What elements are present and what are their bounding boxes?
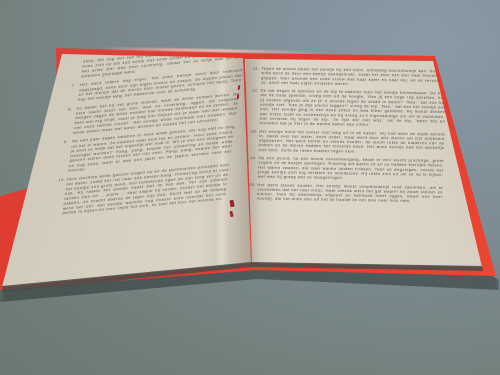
paragraph-number: 15. xyxy=(249,182,256,187)
paragraph-text: Het werd steeds kouder. Het eendje moest… xyxy=(257,182,443,204)
paragraph-number: 9. xyxy=(63,139,68,144)
paragraph-text: Het eendje hield het echter niet lang ui… xyxy=(259,129,445,155)
paragraph-text: Tegen de avond kwam het eendje bij een k… xyxy=(261,66,447,88)
story-paragraph-13: 13. Het eendje hield het echter niet lan… xyxy=(250,129,445,155)
story-paragraph-14: 14. Op een avond, na een mooie zonsonder… xyxy=(249,155,444,181)
paragraph-number: 12. xyxy=(252,88,259,93)
paragraph-number: 13. xyxy=(251,129,258,134)
paragraph-number: 10. xyxy=(58,177,66,182)
story-paragraph-11: 11. Tegen de avond kwam het eendje bij e… xyxy=(252,66,447,88)
paragraph-text: De kat begon te spinnen en de kip te kak… xyxy=(260,88,447,128)
paragraph-number: 14. xyxy=(250,155,257,160)
paragraph-number: 11. xyxy=(253,66,260,71)
left-page-text-block: eens, die nog wel van mij zijn', snauwde… xyxy=(47,44,246,263)
story-paragraph-15: 15. Het werd steeds kouder. Het eendje m… xyxy=(249,182,444,204)
story-paragraph-12: 12. De kat begon te spinnen en de kip te… xyxy=(251,88,446,128)
photo-of-open-booklet: eens, die nog wel van mij zijn', snauwde… xyxy=(0,0,500,375)
paragraph-number: 7. xyxy=(71,83,76,88)
paragraph-number: 8. xyxy=(68,106,73,111)
paragraph-text: Op een avond, na een mooie zonsondergang… xyxy=(258,156,444,182)
right-page-text-block: 11. Tegen de avond kwam het eendje bij e… xyxy=(247,66,448,259)
